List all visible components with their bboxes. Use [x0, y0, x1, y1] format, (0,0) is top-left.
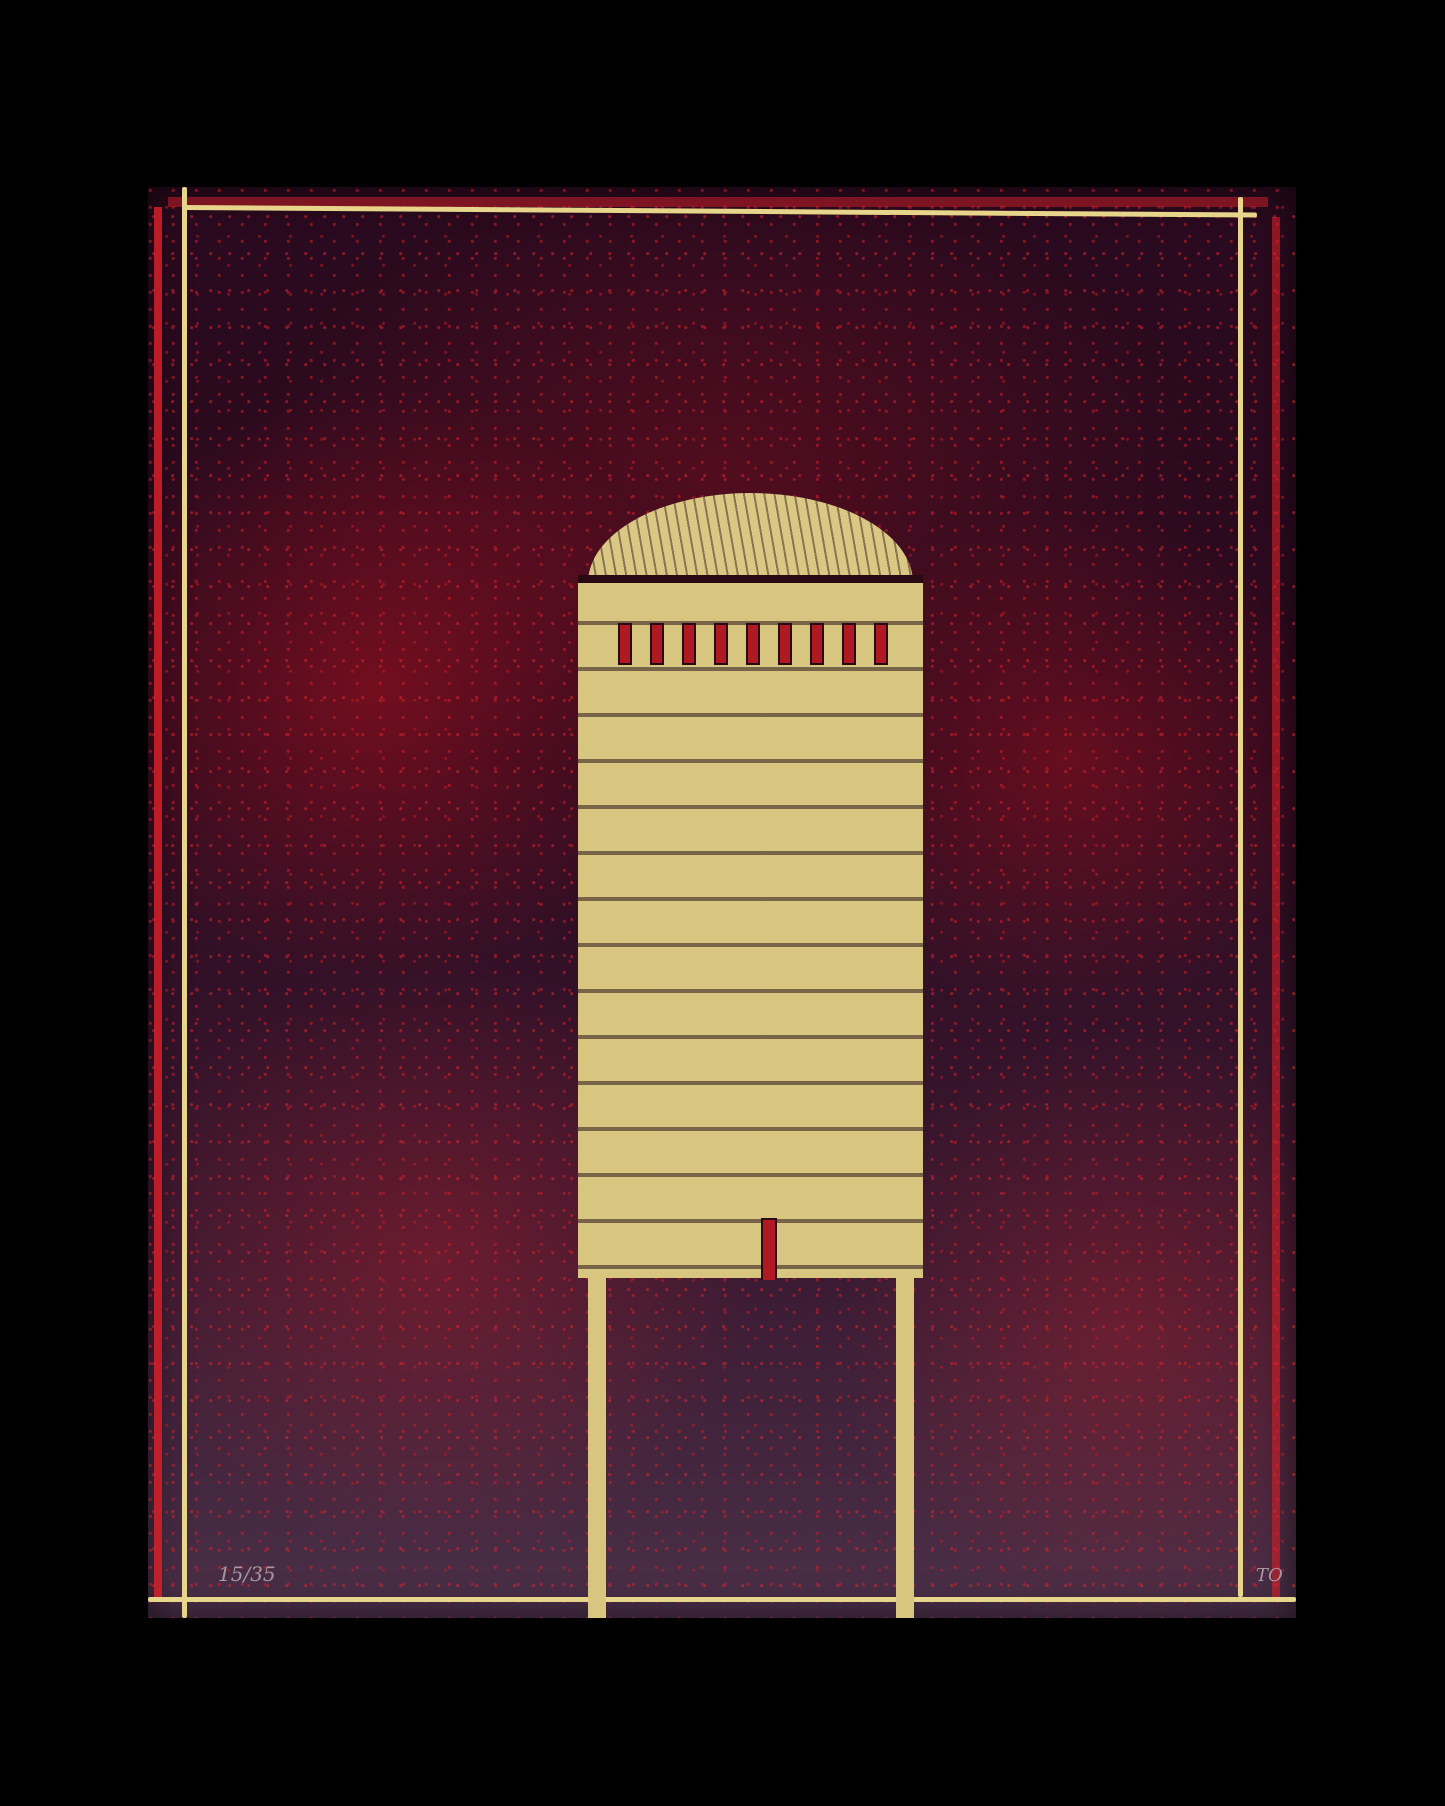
red-edge-right [1272, 217, 1280, 1597]
border-line-right [1238, 197, 1243, 1597]
border-line-left [182, 187, 187, 1618]
tower-leg-left [588, 1278, 606, 1618]
window [714, 623, 728, 665]
window [810, 623, 824, 665]
window [842, 623, 856, 665]
tower-figure [578, 493, 923, 1618]
window [874, 623, 888, 665]
window [682, 623, 696, 665]
window [746, 623, 760, 665]
tower-body [578, 583, 923, 1278]
window [778, 623, 792, 665]
window [650, 623, 664, 665]
edition-number: 15/35 [218, 1562, 276, 1586]
tower-windows [618, 623, 888, 665]
window [618, 623, 632, 665]
artwork-print [148, 187, 1296, 1618]
red-edge-left [154, 207, 162, 1597]
artist-signature: TO [1256, 1565, 1283, 1586]
tower-door [761, 1218, 777, 1280]
tower-roof [588, 493, 913, 583]
tower-leg-right [896, 1278, 914, 1618]
tower-roof-band [578, 575, 923, 583]
